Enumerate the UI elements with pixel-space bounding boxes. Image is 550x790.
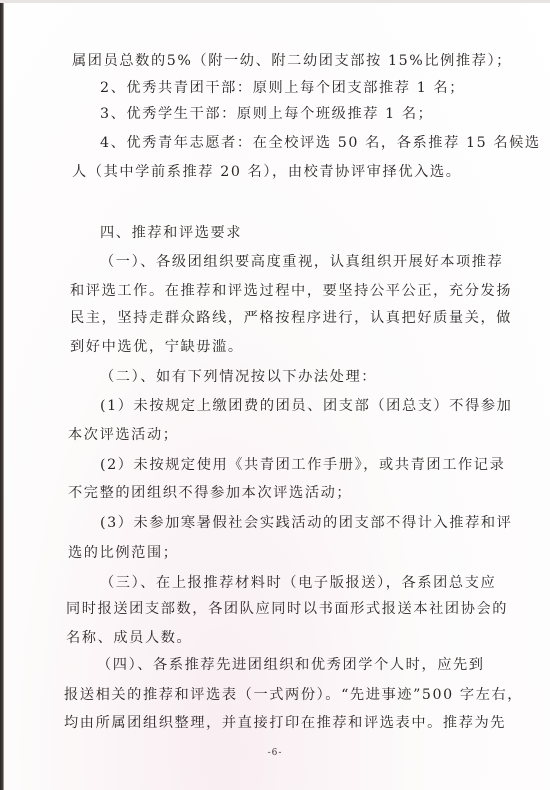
text-line: （四）、各系推荐先进团组织和优秀团学个人时，应先到 [97, 656, 485, 674]
text-line: 民主，坚持走群众路线，严格按程序进行，认真把好质量关，做 [70, 309, 512, 327]
section-heading: 四、推荐和评选要求 [100, 224, 242, 242]
text-line: 和评选工作。在推荐和评选过程中，要坚持公平公正，充分发扬 [70, 282, 512, 300]
text-line: 不完整的团组织不得参加本次评选活动； [68, 484, 352, 502]
text-line: 名称、成员人数。 [66, 629, 192, 647]
text-line: 到好中选优，宁缺毋滥。 [70, 338, 244, 356]
text-line: 属团员总数的5%（附一幼、附二幼团支部按 15%比例推荐）； [72, 52, 512, 70]
page-number: -6- [0, 748, 550, 758]
text-line: 2、优秀共青团干部：原则上每个团支部推荐 1 名； [100, 79, 465, 97]
text-line: (3）未参加寒暑假社会实践活动的团支部不得计入推荐和评 [100, 514, 512, 532]
text-line: （一）、各级团组织要高度重视，认真组织开展好本项推荐 [100, 253, 503, 271]
text-line: （三）、在上报推荐材料时（电子版报送），各系团总支应 [100, 574, 496, 592]
text-line: 4、优秀青年志愿者：在全校评选 50 名，各系推荐 15 名候选 [100, 134, 541, 152]
text-line: (1）未按规定上缴团费的团员、团支部（团总支）不得参加 [100, 397, 512, 415]
text-line: 人（其中学前系推荐 20 名），由校青协评审择优入选。 [72, 163, 462, 181]
text-line: 同时报送团支部数，各团队应同时以书面形式报送本社团协会的 [66, 600, 508, 618]
text-line: (2）未按规定使用《共青团工作手册》，或共青团工作记录 [100, 456, 505, 474]
text-line: 本次评选活动； [68, 426, 179, 444]
text-line: 均由所属团组织整理，并直接打印在推荐和评选表中。推荐为先 [64, 714, 506, 732]
text-line: 3、优秀学生干部：原则上每个班级推荐 1 名； [100, 105, 433, 123]
text-line: 报送相关的推荐和评选表（一式两份）。“先进事迹”500 字左右， [64, 686, 523, 704]
text-line: （二）、如有下列情况按以下办法处理： [100, 368, 377, 386]
text-line: 选的比例范围； [68, 544, 179, 562]
